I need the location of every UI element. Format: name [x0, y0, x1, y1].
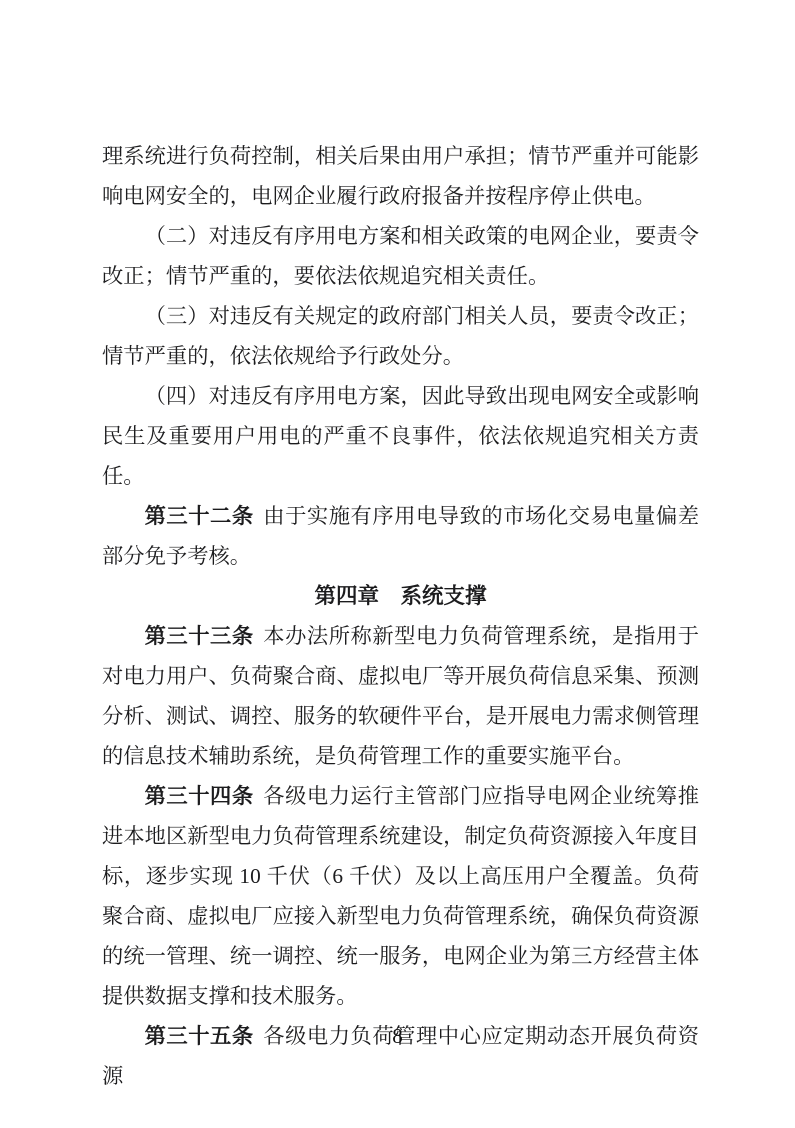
- page-number: 8: [0, 1023, 795, 1049]
- article-number-label: 第三十四条: [145, 784, 254, 808]
- paragraph-item-3: （三）对违反有关规定的政府部门相关人员，要责令改正；情节严重的，依法依规给予行政…: [102, 296, 699, 376]
- paragraph-continuation: 理系统进行负荷控制，相关后果由用户承担；情节严重并可能影响电网安全的，电网企业履…: [102, 136, 699, 216]
- article-text: 各级电力运行主管部门应指导电网企业统筹推进本地区新型电力负荷管理系统建设，制定负…: [102, 784, 699, 1008]
- document-page: 理系统进行负荷控制，相关后果由用户承担；情节严重并可能影响电网安全的，电网企业履…: [0, 0, 795, 1128]
- paragraph-item-2: （二）对违反有序用电方案和相关政策的电网企业，要责令改正；情节严重的，要依法依规…: [102, 216, 699, 296]
- document-body: 理系统进行负荷控制，相关后果由用户承担；情节严重并可能影响电网安全的，电网企业履…: [102, 136, 699, 1096]
- paragraph-article-34: 第三十四条各级电力运行主管部门应指导电网企业统筹推进本地区新型电力负荷管理系统建…: [102, 776, 699, 1016]
- paragraph-item-4: （四）对违反有序用电方案，因此导致出现电网安全或影响民生及重要用户用电的严重不良…: [102, 376, 699, 496]
- article-number-label: 第三十三条: [145, 624, 254, 648]
- chapter-heading: 第四章 系统支撑: [102, 576, 699, 616]
- paragraph-article-32: 第三十二条由于实施有序用电导致的市场化交易电量偏差部分免予考核。: [102, 496, 699, 576]
- paragraph-article-33: 第三十三条本办法所称新型电力负荷管理系统，是指用于对电力用户、负荷聚合商、虚拟电…: [102, 616, 699, 776]
- article-number-label: 第三十二条: [145, 504, 254, 528]
